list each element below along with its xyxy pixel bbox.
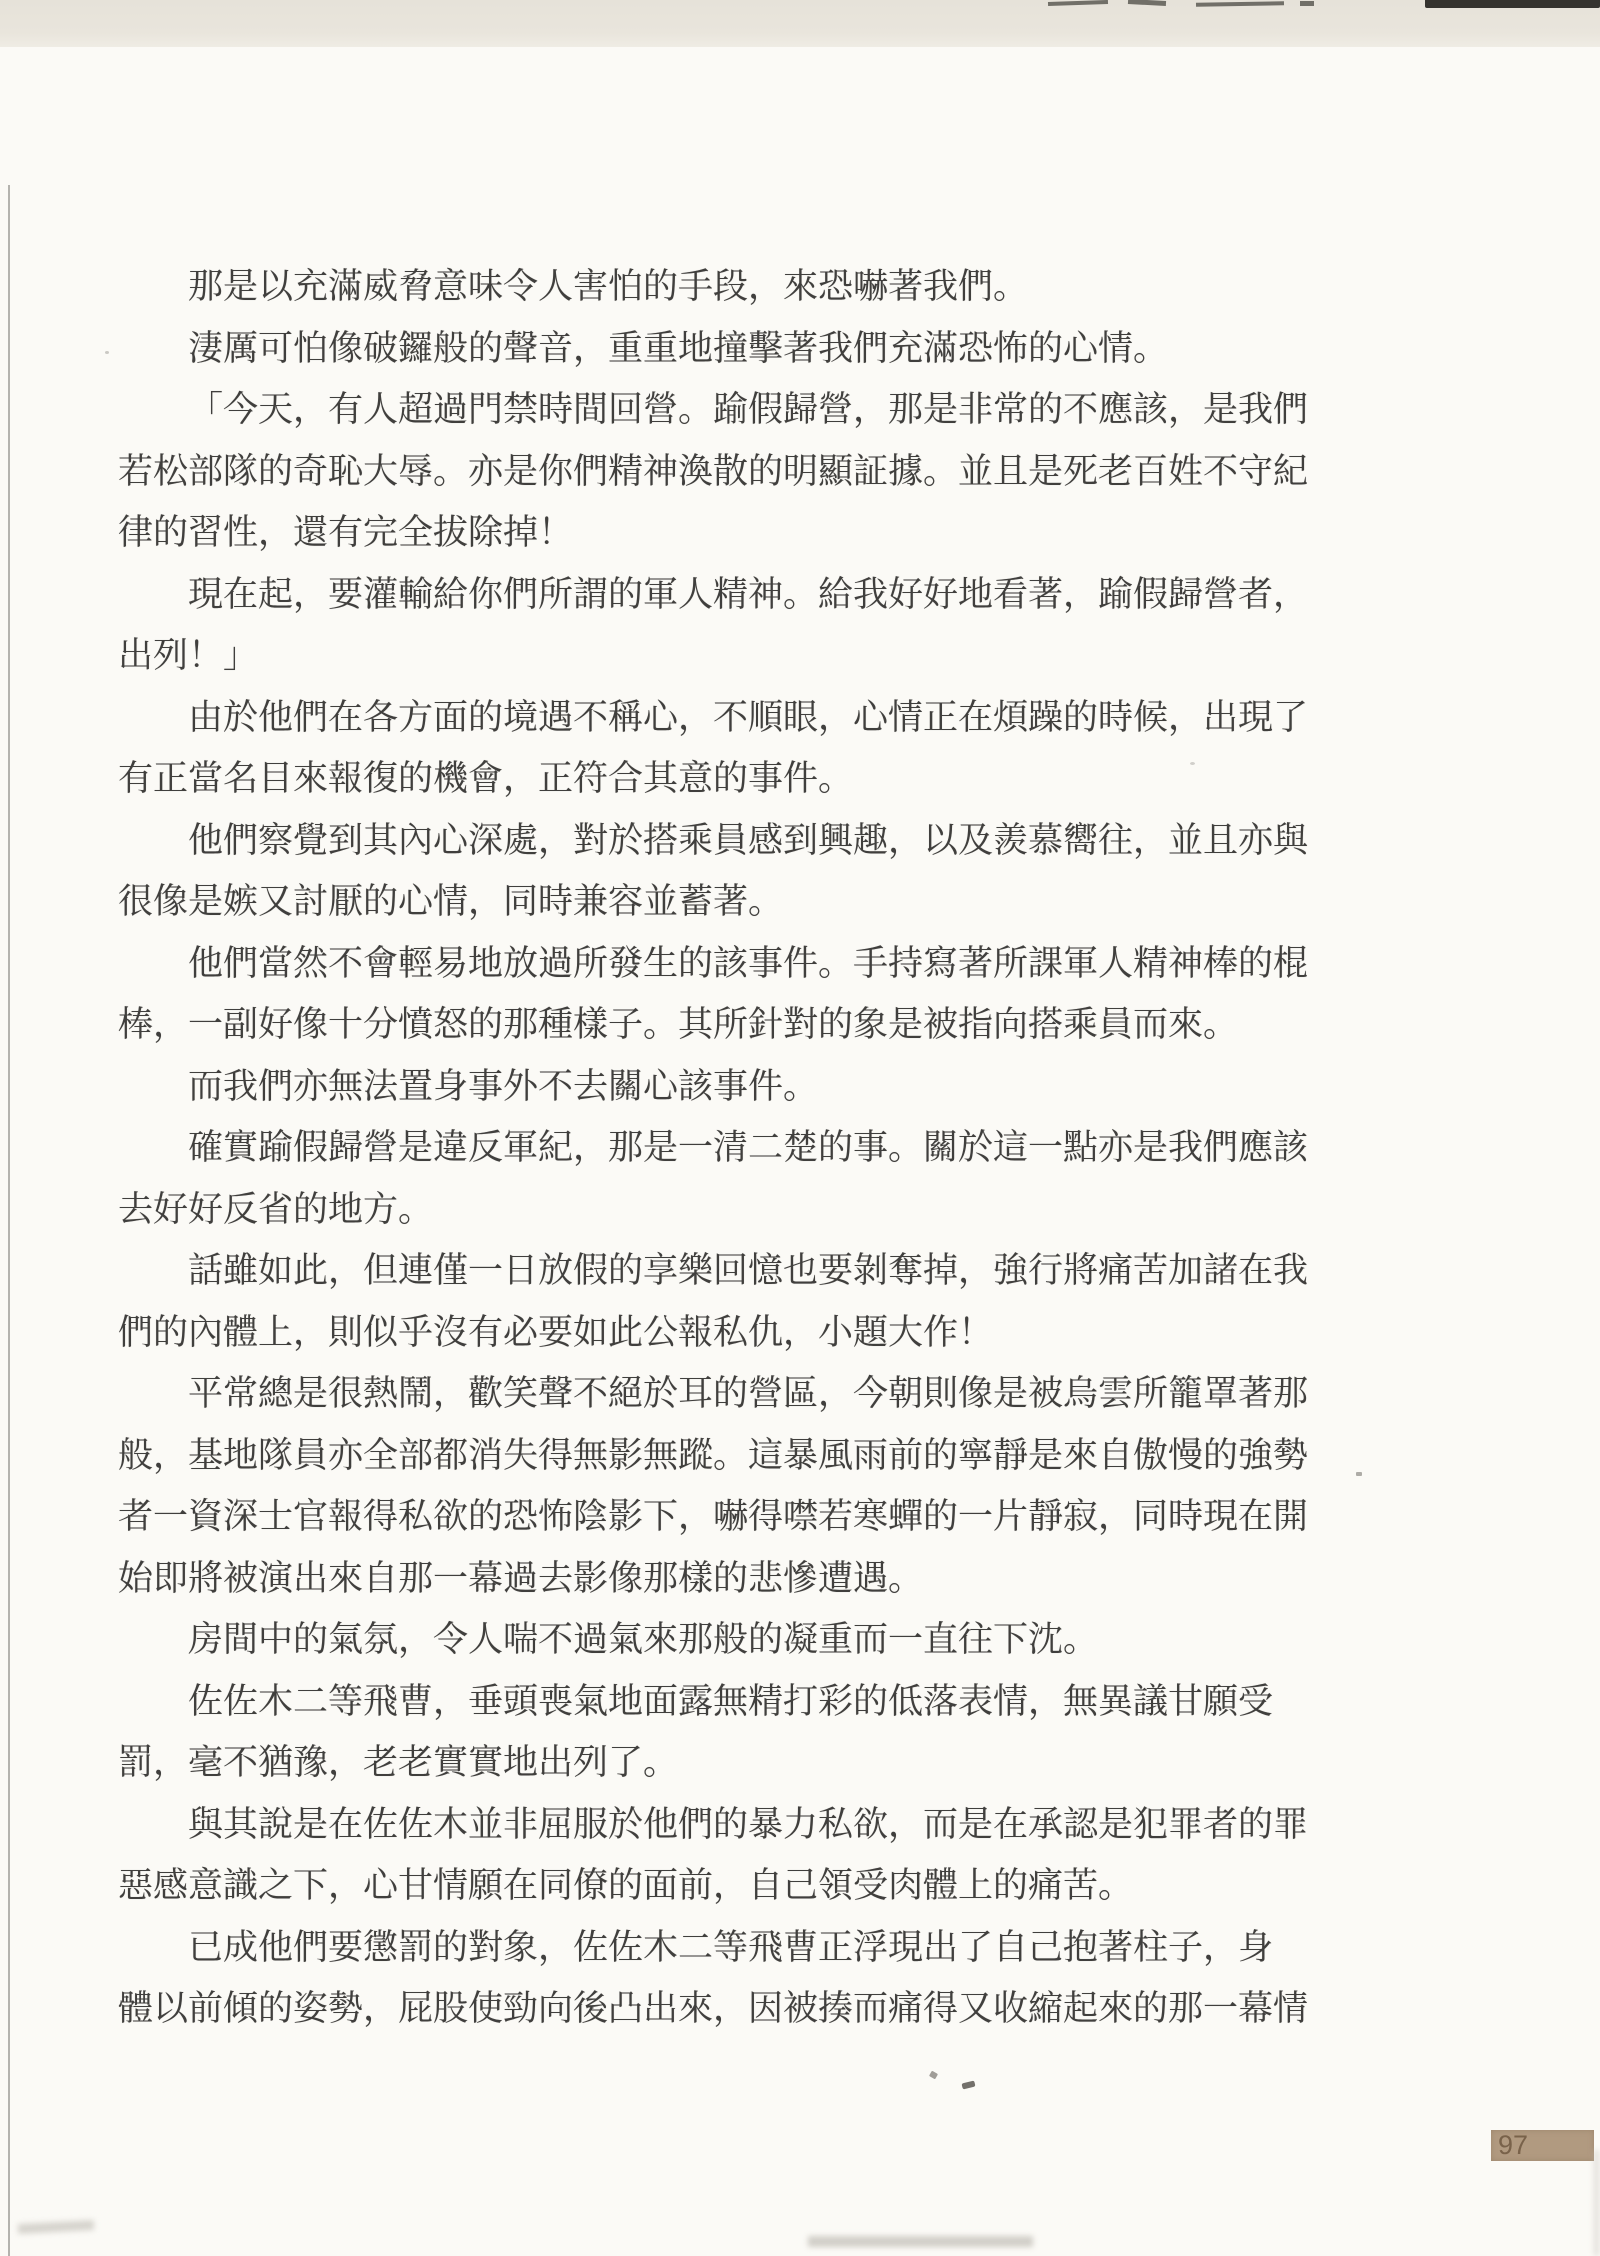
text-line: 房間中的氣氛，令人喘不過氣來那般的凝重而一直往下沈。: [118, 1609, 1318, 1671]
text-line: 他們察覺到其內心深處，對於搭乘員感到興趣，以及羨慕嚮往，並且亦與: [118, 810, 1318, 872]
scan-artifact: [808, 2236, 1033, 2247]
text-line: 者一資深士官報得私欲的恐怖陰影下，嚇得噤若寒蟬的一片靜寂，同時現在開: [118, 1486, 1318, 1548]
text-line: 而我們亦無法置身事外不去關心該事件。: [118, 1056, 1318, 1118]
text-line: 淒厲可怕像破鑼般的聲音，重重地撞擊著我們充滿恐怖的心情。: [118, 318, 1318, 380]
scan-artifact: [1300, 1, 1314, 6]
text-line: 罰，毫不猶豫，老老實實地出列了。: [118, 1732, 1318, 1794]
scan-artifact: [18, 2220, 94, 2234]
scan-artifact: [1356, 1472, 1362, 1476]
text-line: 惡感意識之下，心甘情願在同僚的面前，自己領受肉體上的痛苦。: [118, 1855, 1318, 1917]
scan-artifact: [1190, 762, 1195, 765]
text-line: 有正當名目來報復的機會，正符合其意的事件。: [118, 748, 1318, 810]
text-line: 平常總是很熱鬧，歡笑聲不絕於耳的營區，今朝則像是被烏雲所籠罩著那: [118, 1363, 1318, 1425]
scan-artifact: [961, 2081, 975, 2090]
text-line: 話雖如此，但連僅一日放假的享樂回憶也要剝奪掉，強行將痛苦加諸在我: [118, 1240, 1318, 1302]
scan-artifact: [929, 2071, 938, 2080]
text-line: 確實踰假歸營是違反軍紀，那是一清二楚的事。關於這一點亦是我們應該: [118, 1117, 1318, 1179]
text-line: 若松部隊的奇恥大辱。亦是你們精神渙散的明顯証據。並且是死老百姓不守紀: [118, 441, 1318, 503]
page-number-badge: 97: [1491, 2130, 1594, 2161]
scanned-book-page: 那是以充滿威脅意味令人害怕的手段，來恐嚇著我們。淒厲可怕像破鑼般的聲音，重重地撞…: [0, 0, 1600, 2256]
text-line: 很像是嫉又討厭的心情，同時兼容並蓄著。: [118, 871, 1318, 933]
text-line: 由於他們在各方面的境遇不稱心，不順眼，心情正在煩躁的時候，出現了: [118, 687, 1318, 749]
text-line: 般，基地隊員亦全部都消失得無影無蹤。這暴風雨前的寧靜是來自傲慢的強勢: [118, 1425, 1318, 1487]
scan-left-edge-line: [8, 185, 10, 2256]
text-line: 出列！」: [118, 625, 1318, 687]
scan-artifact-top-right-bar: [1425, 0, 1600, 8]
text-line: 「今天，有人超過門禁時間回營。踰假歸營，那是非常的不應該，是我們: [118, 379, 1318, 441]
text-line: 他們當然不會輕易地放過所發生的該事件。手持寫著所課軍人精神棒的棍: [118, 933, 1318, 995]
text-line: 去好好反省的地方。: [118, 1179, 1318, 1241]
text-line: 與其說是在佐佐木並非屈服於他們的暴力私欲，而是在承認是犯罪者的罪: [118, 1794, 1318, 1856]
scan-artifact: [105, 351, 109, 354]
text-line: 已成他們要懲罰的對象，佐佐木二等飛曹正浮現出了自己抱著柱子，身: [118, 1917, 1318, 1979]
text-line: 佐佐木二等飛曹，垂頭喪氣地面露無精打彩的低落表情，無異議甘願受: [118, 1671, 1318, 1733]
scan-artifact: [1594, 2150, 1599, 2256]
text-line: 體以前傾的姿勢，屁股使勁向後凸出來，因被揍而痛得又收縮起來的那一幕情: [118, 1978, 1318, 2040]
text-line: 現在起，要灌輸給你們所謂的軍人精神。給我好好地看著，踰假歸營者，: [118, 564, 1318, 626]
text-line: 始即將被演出來自那一幕過去影像那樣的悲慘遭遇。: [118, 1548, 1318, 1610]
text-line: 棒，一副好像十分憤怒的那種樣子。其所針對的象是被指向搭乘員而來。: [118, 994, 1318, 1056]
text-line: 們的內體上，則似乎沒有必要如此公報私仇，小題大作！: [118, 1302, 1318, 1364]
text-line: 那是以充滿威脅意味令人害怕的手段，來恐嚇著我們。: [118, 256, 1318, 318]
text-line: 律的習性，還有完全拔除掉！: [118, 502, 1318, 564]
scan-top-band: [0, 0, 1600, 47]
text-block: 那是以充滿威脅意味令人害怕的手段，來恐嚇著我們。淒厲可怕像破鑼般的聲音，重重地撞…: [118, 256, 1318, 2040]
page-number: 97: [1498, 2130, 1528, 2161]
